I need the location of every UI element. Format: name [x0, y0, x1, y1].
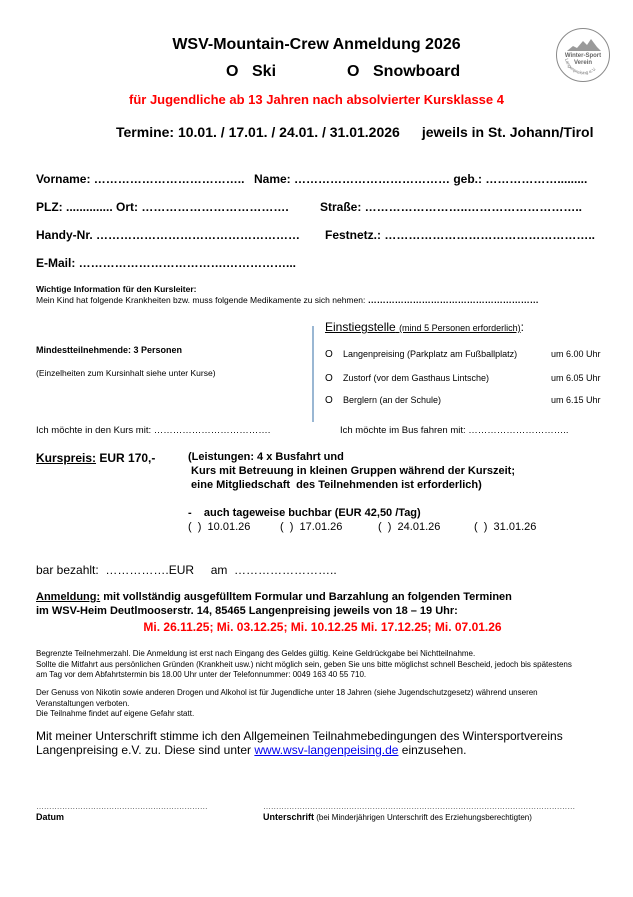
handy-field[interactable]: Handy-Nr. …………………………………………… [36, 228, 300, 242]
price-includes-line: eine Mitgliedschaft des Teilnehmenden is… [188, 479, 482, 491]
note-line: Die Teilnahme findet auf eigene Gefahr s… [36, 709, 194, 718]
pickup-place: Langenpreising (Parkplatz am Fußballplat… [343, 349, 517, 359]
pickup-place: Berglern (an der Schule) [343, 395, 441, 405]
note-line: am Tag vor dem Abfahrtstermin bis 18.00 … [36, 670, 366, 679]
club-website-link[interactable]: www.wsv-langenpeising.de [254, 743, 398, 757]
day-option-2[interactable]: ( ) 17.01.26 [280, 521, 342, 533]
price-label: Kurspreis: [36, 451, 96, 465]
registration-info: Anmeldung: mit vollständig ausgefülltem … [36, 591, 512, 603]
signature-line[interactable]: ………………………………………………………………………………………………………… [263, 802, 575, 811]
radio-circle-icon[interactable]: O [325, 373, 343, 384]
option-ski-label: Ski [252, 63, 276, 80]
radio-circle-icon[interactable]: O [325, 395, 343, 406]
course-dates: Termine: 10.01. / 17.01. / 24.01. / 31.0… [116, 124, 594, 140]
course-price: Kurspreis: EUR 170,- [36, 451, 155, 465]
course-location: jeweils in St. Johann/Tirol [422, 124, 594, 140]
medical-info-dots[interactable]: ………………………………………………… [368, 295, 539, 305]
pickup-place: Zustorf (vor dem Gasthaus Lintsche) [343, 373, 489, 383]
email-field[interactable]: E-Mail: ……………………………….……………... [36, 256, 296, 270]
registration-dates: Mi. 26.11.25; Mi. 03.12.25; Mi. 10.12.25… [0, 620, 633, 634]
club-logo: Winter-Sport Verein Langenpreising e.V. [556, 28, 610, 82]
course-dates-text: Termine: 10.01. / 17.01. / 24.01. / 31.0… [116, 124, 400, 140]
page-title: WSV-Mountain-Crew Anmeldung 2026 [0, 36, 633, 54]
name-field[interactable]: Name: ………………………………… geb.: ………………........… [254, 172, 587, 186]
mountain-logo-icon: Winter-Sport Verein Langenpreising e.V. [557, 29, 609, 81]
vorname-field[interactable]: Vorname: ……………………………….. [36, 172, 244, 186]
pickup-title: Einstiegstelle (mind 5 Personen erforder… [325, 320, 521, 334]
medical-info-label: Mein Kind hat folgende Krankheiten bzw. … [36, 295, 368, 305]
agreement-text: Mit meiner Unterschrift stimme ich den A… [36, 729, 563, 743]
section-divider [312, 326, 314, 422]
option-ski[interactable]: OSki [226, 63, 276, 81]
plz-ort-field[interactable]: PLZ: .............. Ort: ………………………………. [36, 200, 289, 214]
day-option-1[interactable]: ( ) 10.01.26 [188, 521, 250, 533]
pickup-time: um 6.00 Uhr [551, 349, 601, 359]
note-line: Sollte die Mitfahrt aus persönlichen Grü… [36, 660, 572, 669]
price-includes-line: Kurs mit Betreuung in kleinen Gruppen wä… [188, 465, 515, 477]
svg-text:Winter-Sport: Winter-Sport [565, 53, 601, 59]
daily-booking-note: - auch tageweise buchbar (EUR 42,50 /Tag… [188, 507, 421, 519]
pickup-option[interactable]: OBerglern (an der Schule) [325, 395, 441, 406]
radio-circle-icon[interactable]: O [325, 349, 343, 360]
strasse-field[interactable]: Straße: ……………………..……………………….. [320, 200, 582, 214]
day-option-4[interactable]: ( ) 31.01.26 [474, 521, 536, 533]
date-signature-line[interactable]: ………………………………………………………… [36, 802, 208, 811]
cash-paid-field[interactable]: bar bezahlt: …………….EUR am …………………….. [36, 563, 337, 577]
festnetz-field[interactable]: Festnetz.: …………………………………………….. [325, 228, 595, 242]
signature-label: Unterschrift (bei Minderjährigen Untersc… [263, 812, 532, 822]
target-group-subtitle: für Jugendliche ab 13 Jahren nach absolv… [0, 92, 633, 107]
date-label: Datum [36, 812, 64, 822]
option-snowboard-label: Snowboard [373, 63, 460, 80]
checkbox-circle-icon[interactable]: O [347, 63, 373, 81]
checkbox-circle-icon[interactable]: O [226, 63, 252, 81]
registration-location: im WSV-Heim Deutlmooserstr. 14, 85465 La… [36, 605, 458, 617]
svg-text:Verein: Verein [574, 60, 592, 66]
note-line: Begrenzte Teilnehmerzahl. Die Anmeldung … [36, 649, 475, 658]
pickup-option[interactable]: OLangenpreising (Parkplatz am Fußballpla… [325, 349, 517, 360]
option-snowboard[interactable]: OSnowboard [347, 63, 460, 81]
pickup-time: um 6.15 Uhr [551, 395, 601, 405]
minimum-participants: Mindestteilnehmende: 3 Personen [36, 345, 182, 355]
day-option-3[interactable]: ( ) 24.01.26 [378, 521, 440, 533]
course-companion-field[interactable]: Ich möchte in den Kurs mit: ………………………………… [36, 425, 270, 436]
registration-label: Anmeldung: [36, 591, 100, 603]
bus-companion-field[interactable]: Ich möchte im Bus fahren mit: …………………………… [340, 425, 569, 436]
note-line: Der Genuss von Nikotin sowie anderen Dro… [36, 688, 538, 697]
medical-info-field[interactable]: Mein Kind hat folgende Krankheiten bzw. … [36, 295, 539, 305]
info-heading: Wichtige Information für den Kursleiter: [36, 284, 197, 294]
price-includes-line: (Leistungen: 4 x Busfahrt und [188, 451, 344, 463]
note-line: Veranstaltungen verboten. [36, 699, 129, 708]
course-details-note: (Einzelheiten zum Kursinhalt siehe unter… [36, 368, 216, 378]
agreement-text-2: Langenpreising e.V. zu. Diese sind unter… [36, 743, 467, 757]
price-amount: EUR 170,- [96, 451, 155, 465]
pickup-time: um 6.05 Uhr [551, 373, 601, 383]
pickup-heading: Einstiegstelle (mind 5 Personen erforder… [325, 320, 524, 334]
pickup-option[interactable]: OZustorf (vor dem Gasthaus Lintsche) [325, 373, 489, 384]
